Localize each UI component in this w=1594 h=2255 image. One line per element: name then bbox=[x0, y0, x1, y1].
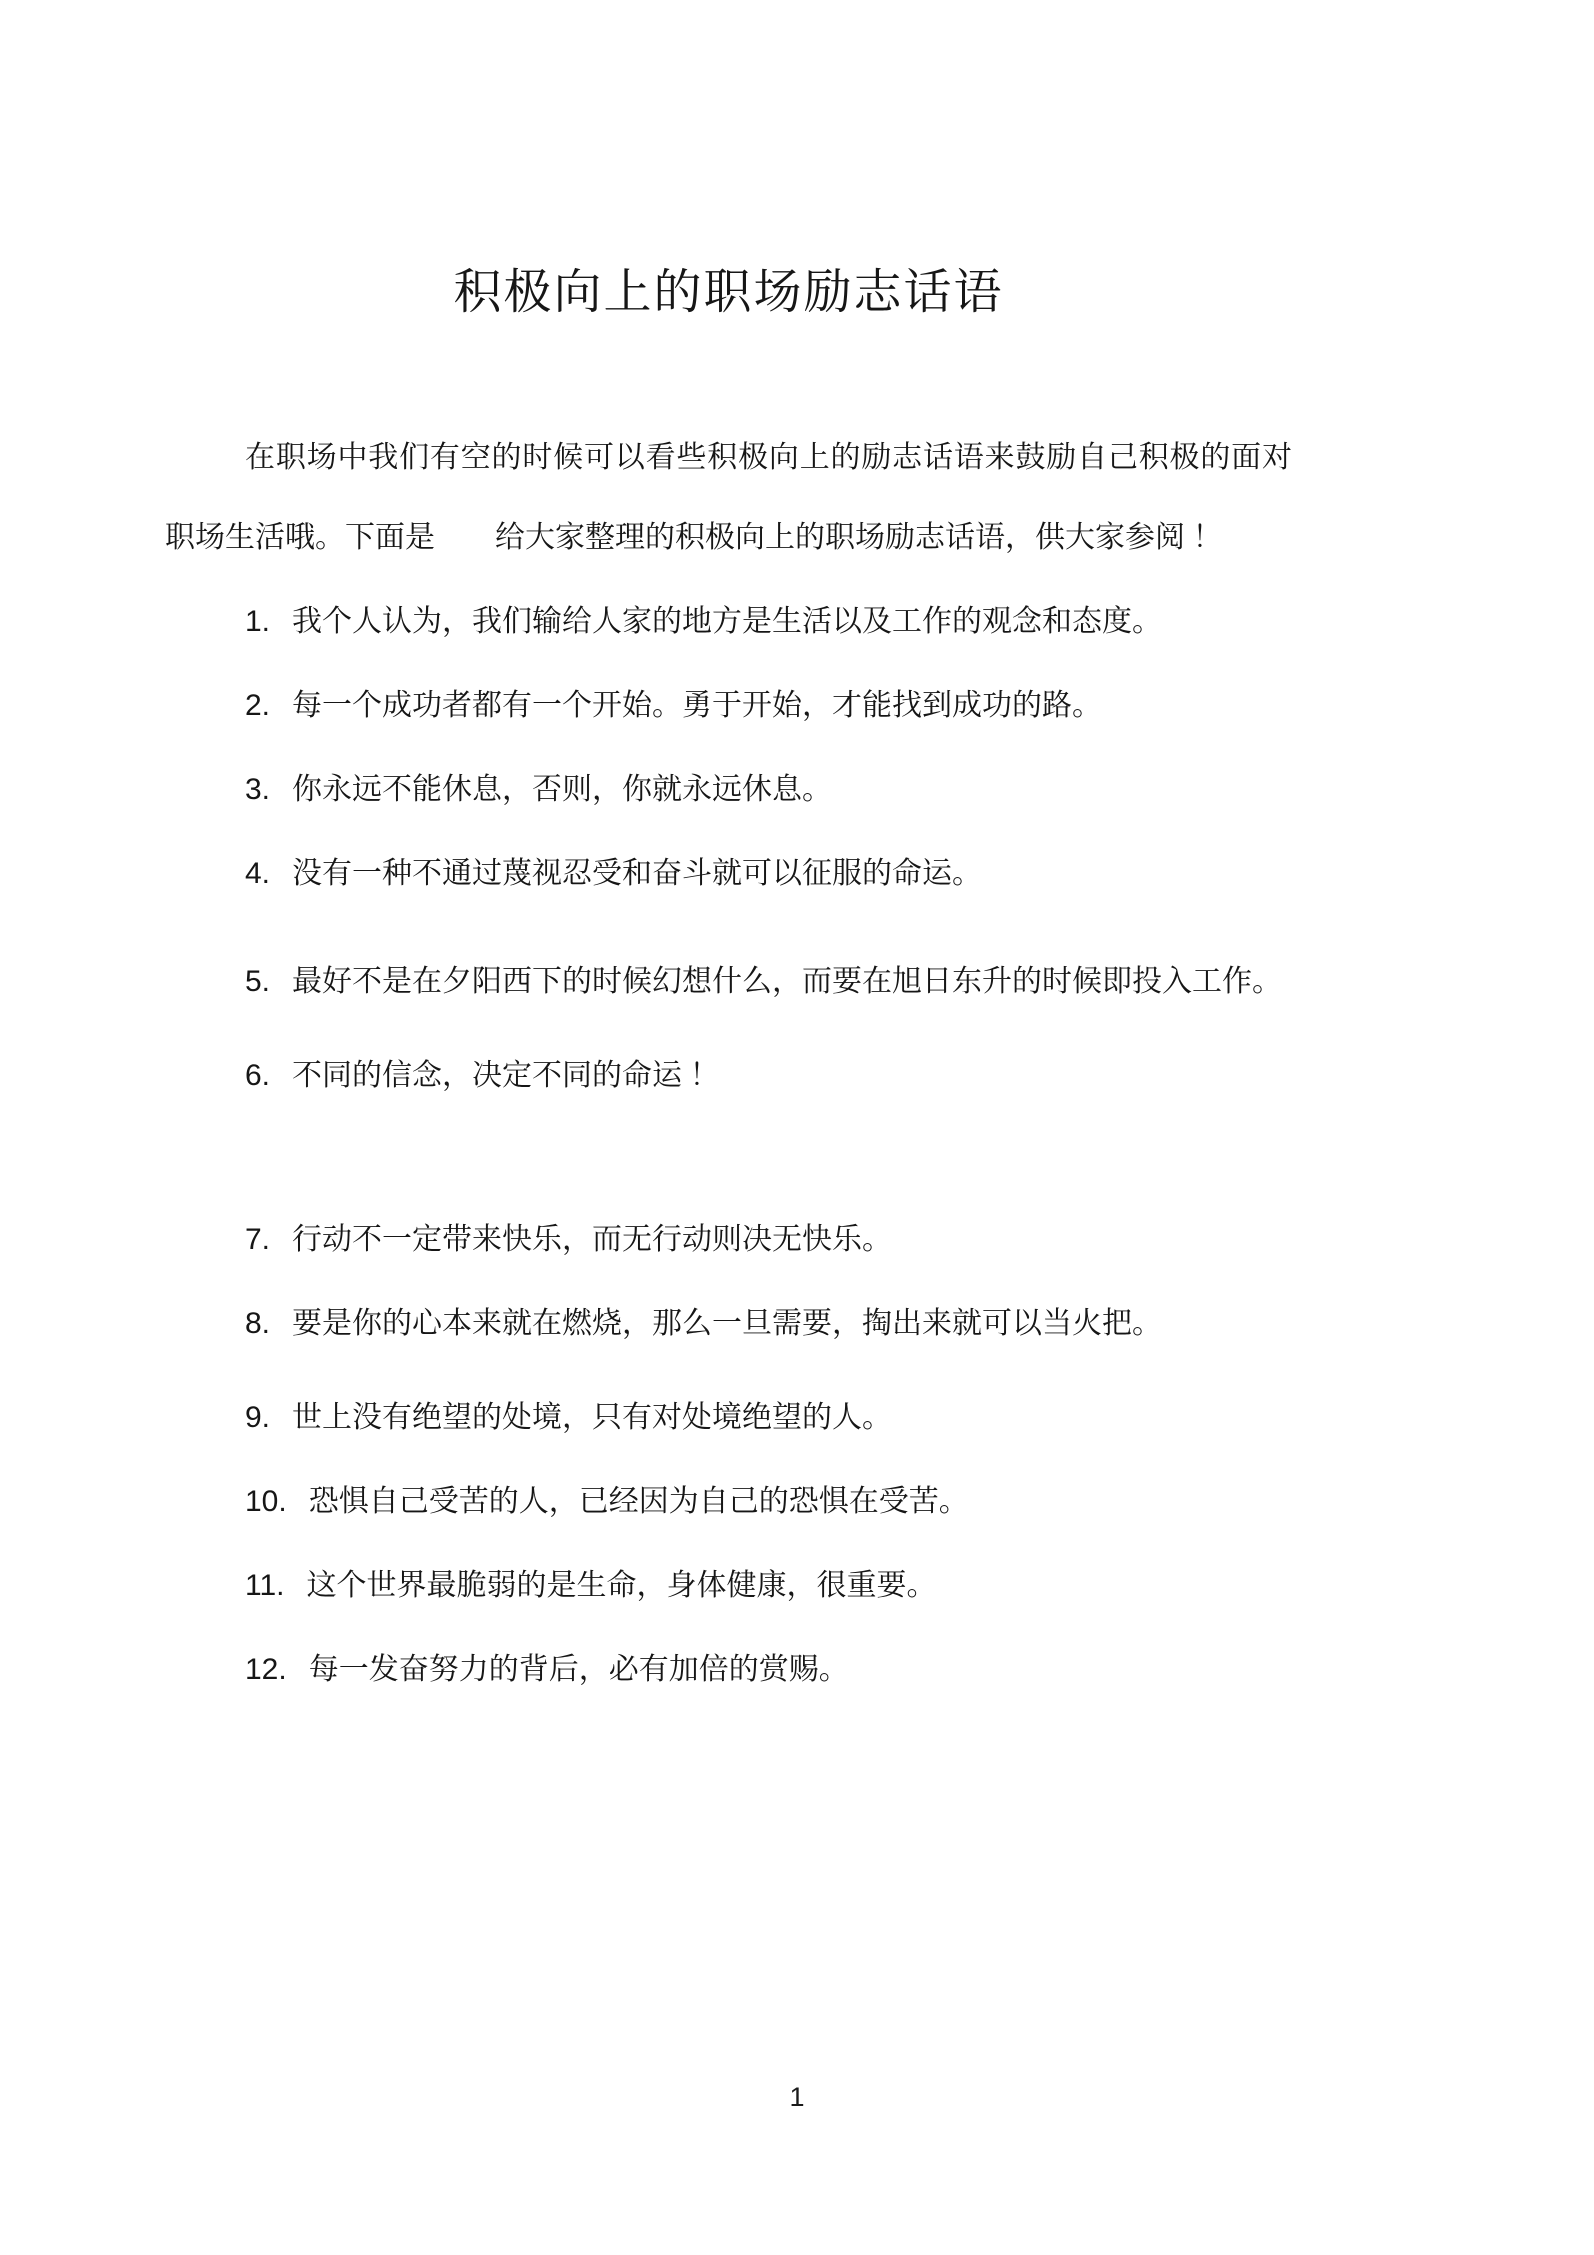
list-item: 5.最好不是在夕阳西下的时候幻想什么，而要在旭日东升的时候即投入工作。 bbox=[165, 942, 1292, 1022]
page-title: 积极向上的职场励志话语 bbox=[165, 253, 1292, 322]
item-text: 你永远不能休息，否则，你就永远休息。 bbox=[292, 773, 832, 806]
item-number: 2. bbox=[245, 689, 270, 722]
list-item: 9.世上没有绝望的处境，只有对处境绝望的人。 bbox=[165, 1378, 1292, 1458]
item-text: 行动不一定带来快乐，而无行动则决无快乐。 bbox=[292, 1223, 892, 1256]
item-number: 10. bbox=[245, 1485, 287, 1518]
list-item: 12.每一发奋努力的背后，必有加倍的赏赐。 bbox=[165, 1630, 1292, 1710]
list-item: 7.行动不一定带来快乐，而无行动则决无快乐。 bbox=[165, 1200, 1292, 1280]
document-page: 积极向上的职场励志话语 在职场中我们有空的时候可以看些积极向上的励志话语来鼓励自… bbox=[0, 0, 1594, 2255]
item-number: 12. bbox=[245, 1653, 287, 1686]
item-text: 恐惧自己受苦的人，已经因为自己的恐惧在受苦。 bbox=[309, 1485, 969, 1518]
item-text: 我个人认为，我们输给人家的地方是生活以及工作的观念和态度。 bbox=[292, 605, 1162, 638]
list-item: 8.要是你的心本来就在燃烧，那么一旦需要，掏出来就可以当火把。 bbox=[165, 1284, 1292, 1364]
list-item: 6.不同的信念，决定不同的命运 ！ bbox=[165, 1036, 1292, 1116]
list-item: 2.每一个成功者都有一个开始。勇于开始，才能找到成功的路。 bbox=[165, 666, 1292, 746]
item-number: 6. bbox=[245, 1059, 270, 1092]
list-item: 11.这个世界最脆弱的是生命，身体健康，很重要。 bbox=[165, 1546, 1292, 1626]
item-number: 9. bbox=[245, 1401, 270, 1434]
item-text: 这个世界最脆弱的是生命，身体健康，很重要。 bbox=[306, 1569, 936, 1602]
item-number: 7. bbox=[245, 1223, 270, 1256]
item-number: 8. bbox=[245, 1307, 270, 1340]
item-number: 5. bbox=[245, 965, 270, 998]
item-number: 4. bbox=[245, 857, 270, 890]
document-content: 积极向上的职场励志话语 在职场中我们有空的时候可以看些积极向上的励志话语来鼓励自… bbox=[165, 253, 1292, 1710]
item-text: 要是你的心本来就在燃烧，那么一旦需要，掏出来就可以当火把。 bbox=[292, 1307, 1162, 1340]
intro-paragraph: 在职场中我们有空的时候可以看些积极向上的励志话语来鼓励自己积极的面对职场生活哦。… bbox=[165, 418, 1292, 578]
item-text: 每一个成功者都有一个开始。勇于开始，才能找到成功的路。 bbox=[292, 689, 1102, 722]
item-number: 1. bbox=[245, 605, 270, 638]
item-text: 最好不是在夕阳西下的时候幻想什么，而要在旭日东升的时候即投入工作。 bbox=[292, 965, 1282, 998]
item-number: 11. bbox=[245, 1569, 284, 1602]
item-number: 3. bbox=[245, 773, 270, 806]
page-number: 1 bbox=[0, 2082, 1594, 2113]
item-text: 不同的信念，决定不同的命运 ！ bbox=[292, 1059, 720, 1092]
item-text: 世上没有绝望的处境，只有对处境绝望的人。 bbox=[292, 1401, 892, 1434]
list-item: 3.你永远不能休息，否则，你就永远休息。 bbox=[165, 750, 1292, 830]
item-text: 每一发奋努力的背后，必有加倍的赏赐。 bbox=[309, 1653, 849, 1686]
list-item: 4.没有一种不通过蔑视忍受和奋斗就可以征服的命运。 bbox=[165, 834, 1292, 914]
list-item: 1.我个人认为，我们输给人家的地方是生活以及工作的观念和态度。 bbox=[165, 582, 1292, 662]
item-text: 没有一种不通过蔑视忍受和奋斗就可以征服的命运。 bbox=[292, 857, 982, 890]
list-item: 10.恐惧自己受苦的人，已经因为自己的恐惧在受苦。 bbox=[165, 1462, 1292, 1542]
